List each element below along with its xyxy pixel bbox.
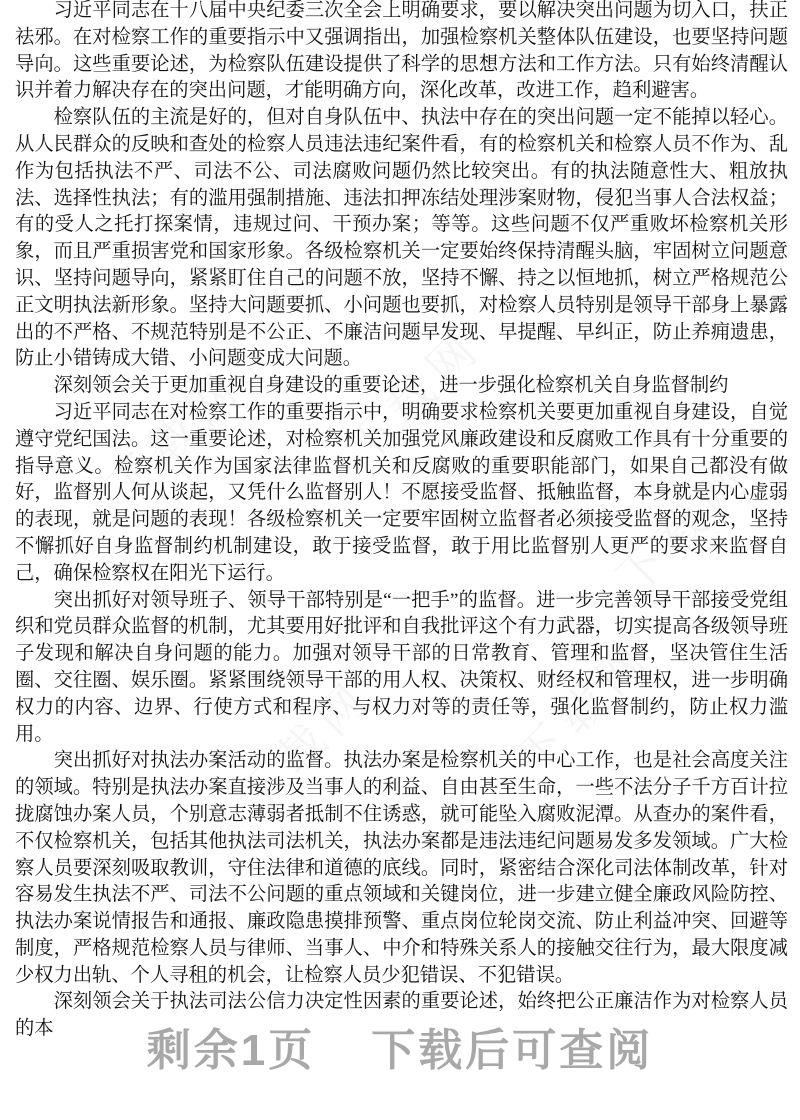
- download-to-view-label: 下载后可查阅: [371, 1014, 653, 1078]
- paragraph: 习近平同志在对检察工作的重要指示中，明确要求检察机关要更加重视自身建设，自觉遵守…: [15, 400, 788, 588]
- preview-banner: 剩余1页 下载后可查阅: [0, 1014, 800, 1078]
- paragraph-subheading: 深刻领会关于更加重视自身建设的重要论述，进一步强化检察机关自身监督制约: [15, 373, 788, 400]
- paragraph: 突出抓好对执法办案活动的监督。执法办案是检察机关的中心工作，也是社会高度关注的领…: [15, 748, 788, 989]
- paragraph: 检察队伍的主流是好的，但对自身队伍中、执法中存在的突出问题一定不能掉以轻心。从人…: [15, 105, 788, 373]
- document-text: 习近平同志在十八届中央纪委三次全会上明确要求，要以解决突出问题为切入口，扶正祛邪…: [15, 0, 788, 1043]
- document-preview-page: 下载网 下载网 下载网 下载网 下载网 习近平同志在十八届中央纪委三次全会上明确…: [0, 0, 800, 1120]
- remaining-pages-label: 剩余1页: [147, 1014, 315, 1078]
- paragraph: 习近平同志在十八届中央纪委三次全会上明确要求，要以解决突出问题为切入口，扶正祛邪…: [15, 0, 788, 105]
- paragraph: 突出抓好对领导班子、领导干部特别是“一把手”的监督。进一步完善领导干部接受党组织…: [15, 588, 788, 749]
